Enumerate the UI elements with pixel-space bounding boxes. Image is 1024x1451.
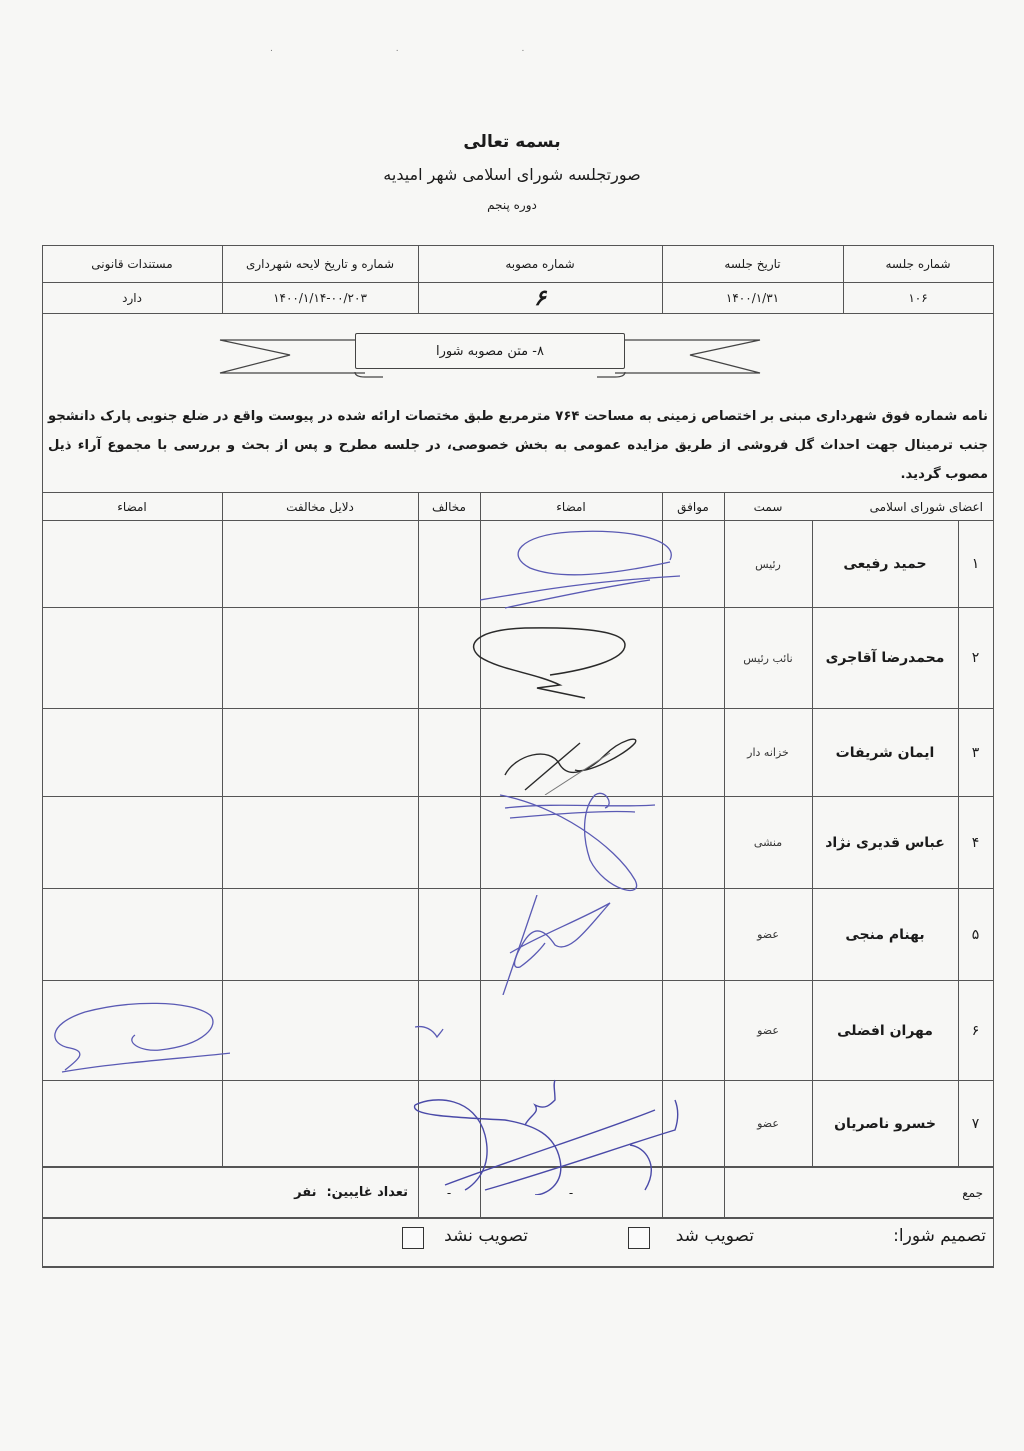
member-role: عضو — [724, 981, 812, 1080]
member-name: مهران افضلی — [812, 981, 958, 1080]
col-agree: موافق — [662, 493, 724, 520]
header-resolution-number: شماره مصوبه — [418, 246, 662, 282]
total-label: جمع — [724, 1168, 993, 1217]
session-number-value: ۱۰۶ — [843, 283, 993, 313]
council-title: صورتجلسه شورای اسلامی شهر امیدیه — [0, 165, 1024, 184]
resolution-text: نامه شماره فوق شهرداری مبنی بر اختصاص زم… — [48, 402, 988, 489]
row-number: ۱ — [958, 521, 993, 607]
member-name: عباس قدیری نژاد — [812, 797, 958, 888]
session-date-value: ۱۴۰۰/۱/۳۱ — [662, 283, 843, 313]
col-role: سمت — [724, 493, 812, 520]
member-role: نائب رئیس — [724, 608, 812, 708]
member-role: عضو — [724, 889, 812, 980]
absentees-label: تعداد غایبین: — [326, 1185, 408, 1200]
decision-label: تصمیم شورا: — [893, 1226, 986, 1246]
row-number: ۶ — [958, 981, 993, 1080]
signature-6-small — [415, 1025, 455, 1045]
member-name: ایمان شریفات — [812, 709, 958, 796]
row-number: ۳ — [958, 709, 993, 796]
total-oppose: - — [418, 1168, 480, 1217]
page-heading: بسمه تعالی — [0, 132, 1024, 152]
absentees-count: تعداد غایبین: نفر — [42, 1168, 418, 1217]
member-role: منشی — [724, 797, 812, 888]
col-signature: امضاء — [480, 493, 662, 520]
col-oppose-reasons: دلایل مخالفت — [222, 493, 418, 520]
rejected-label: تصویب نشد — [444, 1226, 528, 1246]
row-number: ۴ — [958, 797, 993, 888]
term-label: دوره پنجم — [0, 198, 1024, 212]
signature-4 — [495, 790, 665, 900]
row-number: ۷ — [958, 1081, 993, 1166]
legal-documents-value: دارد — [42, 283, 222, 313]
row-number: ۲ — [958, 608, 993, 708]
member-role: رئیس — [724, 521, 812, 607]
section-title: ۸- متن مصوبه شورا — [355, 333, 625, 369]
signature-2 — [465, 625, 665, 705]
approved-label: تصویب شد — [676, 1226, 754, 1246]
bill-number-date-value: ۱۴۰۰/۱/۱۴-۰۰/۲۰۳ — [222, 283, 418, 313]
total-agree-signature: - — [480, 1168, 662, 1217]
member-name: حمید رفیعی — [812, 521, 958, 607]
approved-checkbox[interactable] — [628, 1227, 650, 1249]
header-legal-documents: مستندات قانونی — [42, 246, 222, 282]
row-number: ۵ — [958, 889, 993, 980]
resolution-number-value: ۶ — [418, 283, 662, 313]
signature-1 — [480, 520, 700, 610]
col-oppose: مخالف — [418, 493, 480, 520]
header-bill-number-date: شماره و تاریخ لایحه شهرداری — [222, 246, 418, 282]
signature-3 — [495, 715, 655, 795]
scan-specks: . . . — [270, 44, 584, 54]
header-session-date: تاریخ جلسه — [662, 246, 843, 282]
member-role: عضو — [724, 1081, 812, 1166]
member-role: خزانه دار — [724, 709, 812, 796]
signature-6-oppose-column — [40, 990, 230, 1075]
absentees-unit: نفر — [294, 1185, 316, 1200]
member-name: بهنام منجی — [812, 889, 958, 980]
header-session-number: شماره جلسه — [843, 246, 993, 282]
rejected-checkbox[interactable] — [402, 1227, 424, 1249]
col-signature-2: امضاء — [42, 493, 222, 520]
member-name: خسرو ناصریان — [812, 1081, 958, 1166]
member-name: محمدرضا آقاجری — [812, 608, 958, 708]
